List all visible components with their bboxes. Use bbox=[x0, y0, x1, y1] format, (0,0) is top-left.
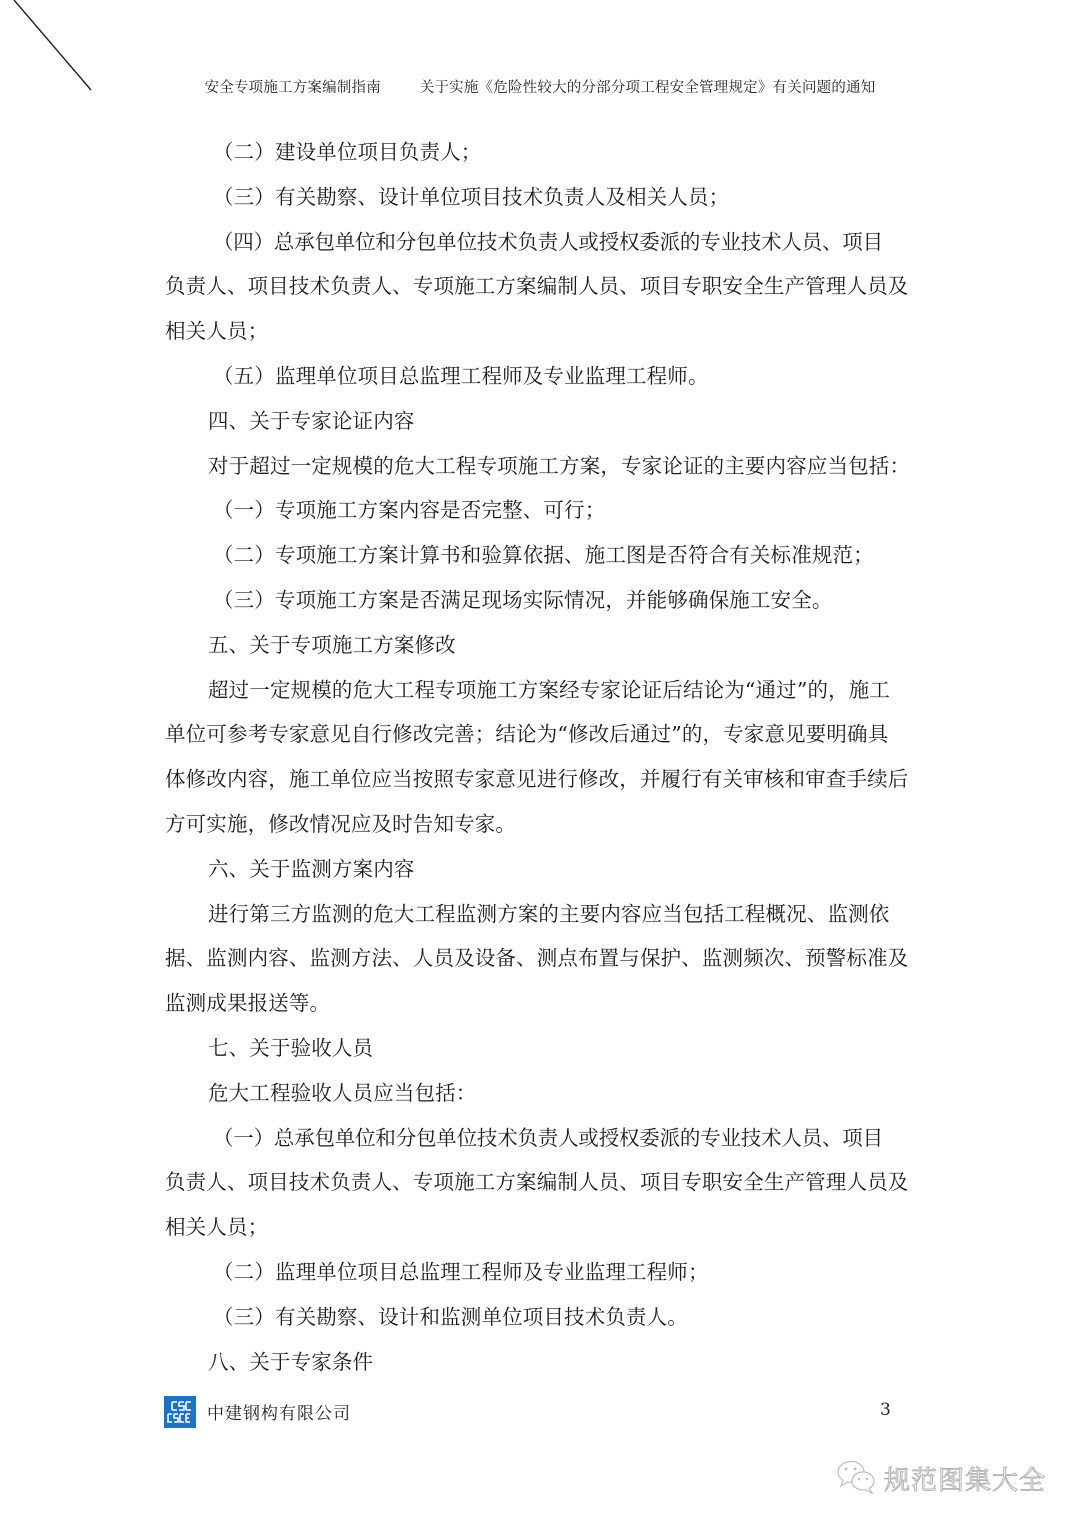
watermark-text: 规范图集大全 bbox=[884, 1460, 1046, 1497]
paragraph-line: 方可实施，修改情况应及时告知专家。 bbox=[165, 802, 920, 847]
paragraph-line: 危大工程验收人员应当包括： bbox=[165, 1071, 920, 1116]
paragraph-line: 超过一定规模的危大工程专项施工方案经专家论证后结论为“通过”的，施工 bbox=[165, 668, 920, 713]
page-header: 安全专项施工方案编制指南 关于实施《危险性较大的分部分项工程安全管理规定》有关问… bbox=[0, 76, 1080, 97]
document-body: （二）建设单位项目负责人； （三）有关勘察、设计单位项目技术负责人及相关人员； … bbox=[165, 130, 920, 1384]
section-heading: 七、关于验收人员 bbox=[165, 1026, 920, 1071]
section-heading: 五、关于专项施工方案修改 bbox=[165, 623, 920, 668]
header-guide-title: 安全专项施工方案编制指南 bbox=[205, 80, 381, 96]
paragraph-line: 据、监测内容、监测方法、人员及设备、测点布置与保护、监测频次、预警标准及 bbox=[165, 936, 920, 981]
list-item: （二）监理单位项目总监理工程师及专业监理工程师； bbox=[165, 1250, 920, 1295]
paragraph-line: 相关人员； bbox=[165, 1205, 920, 1250]
list-item: （二）建设单位项目负责人； bbox=[165, 130, 920, 175]
paragraph-line: 进行第三方监测的危大工程监测方案的主要内容应当包括工程概况、监测依 bbox=[165, 892, 920, 937]
header-notice-title: 关于实施《危险性较大的分部分项工程安全管理规定》有关问题的通知 bbox=[420, 80, 876, 96]
paragraph-line: 对于超过一定规模的危大工程专项施工方案，专家论证的主要内容应当包括： bbox=[165, 444, 920, 489]
list-item: （二）专项施工方案计算书和验算依据、施工图是否符合有关标准规范； bbox=[165, 533, 920, 578]
watermark: 规范图集大全 bbox=[836, 1458, 1046, 1498]
paragraph-line: 负责人、项目技术负责人、专项施工方案编制人员、项目专职安全生产管理人员及 bbox=[165, 264, 920, 309]
list-item: （三）有关勘察、设计单位项目技术负责人及相关人员； bbox=[165, 175, 920, 220]
paragraph-line: 单位可参考专家意见自行修改完善；结论为“修改后通过”的，专家意见要明确具 bbox=[165, 712, 920, 757]
wechat-icon bbox=[836, 1459, 878, 1497]
page-number: 3 bbox=[880, 1400, 891, 1420]
paragraph-line: 负责人、项目技术负责人、专项施工方案编制人员、项目专职安全生产管理人员及 bbox=[165, 1160, 920, 1205]
list-item: （三）有关勘察、设计和监测单位项目技术负责人。 bbox=[165, 1295, 920, 1340]
list-item: （一）总承包单位和分包单位技术负责人或授权委派的专业技术人员、项目 bbox=[165, 1116, 920, 1161]
company-logo-icon bbox=[164, 1396, 196, 1428]
section-heading: 六、关于监测方案内容 bbox=[165, 847, 920, 892]
list-item: （一）专项施工方案内容是否完整、可行； bbox=[165, 488, 920, 533]
list-item: （四）总承包单位和分包单位技术负责人或授权委派的专业技术人员、项目 bbox=[165, 220, 920, 265]
section-heading: 八、关于专家条件 bbox=[165, 1340, 920, 1385]
paragraph-line: 监测成果报送等。 bbox=[165, 981, 920, 1026]
footer-company-name: 中建钢构有限公司 bbox=[207, 1399, 351, 1424]
list-item: （三）专项施工方案是否满足现场实际情况，并能够确保施工安全。 bbox=[165, 578, 920, 623]
list-item: （五）监理单位项目总监理工程师及专业监理工程师。 bbox=[165, 354, 920, 399]
paragraph-line: 相关人员； bbox=[165, 309, 920, 354]
paragraph-line: 体修改内容，施工单位应当按照专家意见进行修改，并履行有关审核和审查手续后 bbox=[165, 757, 920, 802]
section-heading: 四、关于专家论证内容 bbox=[165, 399, 920, 444]
